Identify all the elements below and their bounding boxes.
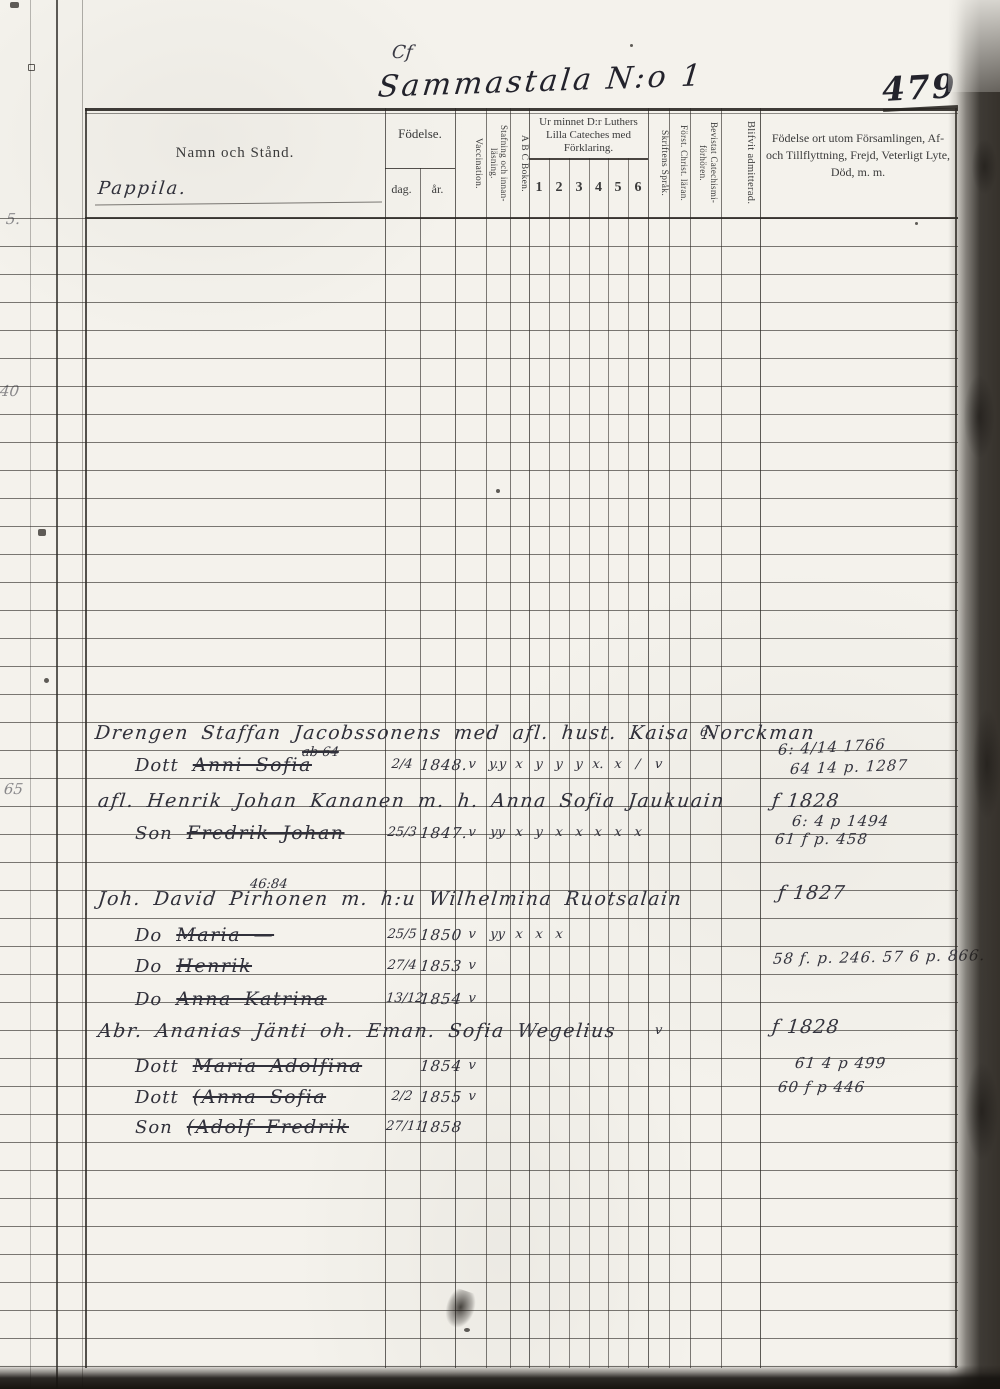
ledger-row: Son(Adolf Fredrik 27/11 1858: [0, 1114, 958, 1140]
margin-annotation: 60 f p 446: [777, 1078, 866, 1096]
column-header-fodelse: Födelse.: [385, 126, 455, 142]
entry-superscript: 46:84: [249, 878, 288, 891]
column-header-namn: Namn och Stånd.: [85, 145, 385, 162]
place-name-underline: [95, 201, 382, 205]
grade-mark: v: [459, 820, 486, 846]
cateches-col-1: 1: [529, 180, 549, 196]
column-header-stafning: Stafning och innan-läsning.: [487, 112, 509, 214]
scanned-ledger-page: Cf Sammastala N:o 1 479 Namn och Stånd. …: [0, 0, 1000, 1389]
ink-speck: [464, 1328, 470, 1332]
entry-name: Abr. Ananias Jänti oh. Eman. Sofia Wegel…: [97, 1018, 618, 1044]
birth-year: 1848.: [419, 752, 458, 778]
birth-year: 1854: [419, 1053, 458, 1079]
margin-annotation: ƒ 1828: [771, 1016, 841, 1038]
entry-prefix: Dott: [135, 1056, 179, 1077]
margin-annotation: ƒ 1828: [771, 790, 841, 812]
entry-name: Joh. David Pirhonen m. h:u Wilhelmina Ru…: [97, 886, 684, 912]
birth-day: 13/12: [385, 986, 420, 1012]
grade-mark: x: [548, 922, 571, 948]
cateches-col-2: 2: [549, 180, 569, 196]
entry-name: Anni Sofia: [193, 754, 312, 776]
entry-prefix: Dott: [135, 755, 179, 776]
margin-annotation: 61 4 p 499: [794, 1054, 887, 1072]
grade-mark: v: [459, 1053, 486, 1079]
scan-edge-right: [948, 0, 1000, 1389]
entry-prefix: Do: [135, 989, 162, 1010]
cateches-col-5: 5: [608, 180, 628, 196]
column-header-blifvit-admitterad: Blifvit admitterad.: [726, 112, 756, 214]
entry-name: Maria —: [176, 924, 274, 946]
ledger-row: DoAnna Katrina 13/12 1854 v: [0, 986, 958, 1012]
birth-day: 27/11: [385, 1114, 420, 1140]
cateches-col-4: 4: [589, 180, 608, 196]
margin-note: 40: [0, 382, 20, 400]
entry-name: Henrik: [176, 955, 252, 977]
ink-speck: [28, 64, 35, 71]
entry-name: Anna Katrina: [176, 988, 326, 1010]
birth-year: 1853: [419, 953, 458, 979]
birth-day: 25/3: [385, 820, 420, 846]
column-header-vaccination: Vaccination.: [459, 112, 483, 214]
place-name-handwritten: Pappila.: [97, 178, 188, 199]
birth-day: 2/4: [385, 752, 420, 778]
page-number: 479: [881, 66, 958, 112]
page-title-handwritten: Sammastala N:o 1: [376, 58, 705, 105]
birth-year: 1850: [419, 922, 458, 948]
ink-speck: [38, 529, 46, 536]
ink-speck: [44, 678, 49, 683]
ink-speck: [915, 222, 918, 225]
column-header-bevistat-catechismi: Bevistat Catechismi-förhören.: [693, 112, 719, 214]
column-header-fodelseort: Födelse ort utom Församlingen, Af- och T…: [765, 130, 951, 181]
grade-mark: v: [647, 1018, 671, 1044]
birth-day: 2/2: [385, 1084, 420, 1110]
entry-superscript: 6:: [699, 726, 713, 739]
grade-mark: v: [459, 752, 486, 778]
grade-mark: v: [459, 953, 486, 979]
ledger-row: DoMaria — 25/5 1850 v yy x x x: [0, 922, 958, 948]
column-header-abc-boken: A B C Boken.: [511, 112, 529, 214]
title-flourish: Cf: [391, 42, 414, 63]
column-header-dag: dag.: [385, 182, 418, 197]
entry-name: (Adolf Fredrik: [187, 1116, 349, 1138]
entry-prefix: Son: [135, 1117, 173, 1138]
entry-name: Fredrik Johan: [187, 822, 345, 844]
cateches-col-6: 6: [628, 180, 648, 196]
ink-speck: [630, 44, 633, 47]
column-header-skriftens-sprak: Skriftens Språk.: [650, 112, 669, 214]
margin-annotation: ƒ 1827: [777, 882, 847, 904]
cateches-col-3: 3: [569, 180, 589, 196]
ink-speck: [496, 489, 500, 493]
grade-mark: v: [459, 922, 486, 948]
margin-note: 5.: [5, 210, 21, 228]
ink-speck: [10, 2, 19, 8]
birth-year: 1858: [419, 1114, 458, 1140]
column-header-ar: år.: [420, 182, 455, 197]
entry-prefix: Do: [135, 925, 162, 946]
grade-mark: v: [459, 986, 486, 1012]
grade-mark: x: [627, 820, 650, 846]
grade-mark: v: [459, 1084, 486, 1110]
entry-prefix: Dott: [135, 1087, 179, 1108]
entry-note: ab 64: [301, 746, 339, 759]
birth-day: 27/4: [385, 953, 420, 979]
margin-annotation: 61 f p. 458: [774, 830, 869, 848]
birth-year: 1855: [419, 1084, 458, 1110]
scan-edge-bottom: [0, 1365, 1000, 1389]
birth-day: 25/5: [385, 922, 420, 948]
column-header-forst-christ-laran: Först. Christ. läran.: [670, 112, 689, 214]
margin-annotation: 6: 4 p 1494: [791, 812, 890, 830]
entry-name: afl. Henrik Johan Kananen m. h. Anna Sof…: [97, 788, 727, 814]
grade-mark: v: [647, 752, 671, 778]
column-header-cateches: Ur minnet D:r Luthers Lilla Cateches med…: [531, 116, 646, 155]
entry-name: (Anna Sofia: [193, 1086, 326, 1108]
entry-prefix: Son: [135, 823, 173, 844]
entry-prefix: Do: [135, 956, 162, 977]
birth-year: 1854: [419, 986, 458, 1012]
entry-name: Maria Adolfina: [193, 1055, 362, 1077]
scan-edge-right-fade: [948, 0, 1000, 92]
birth-year: 1847.: [419, 820, 458, 846]
table-top-border: [85, 108, 958, 111]
